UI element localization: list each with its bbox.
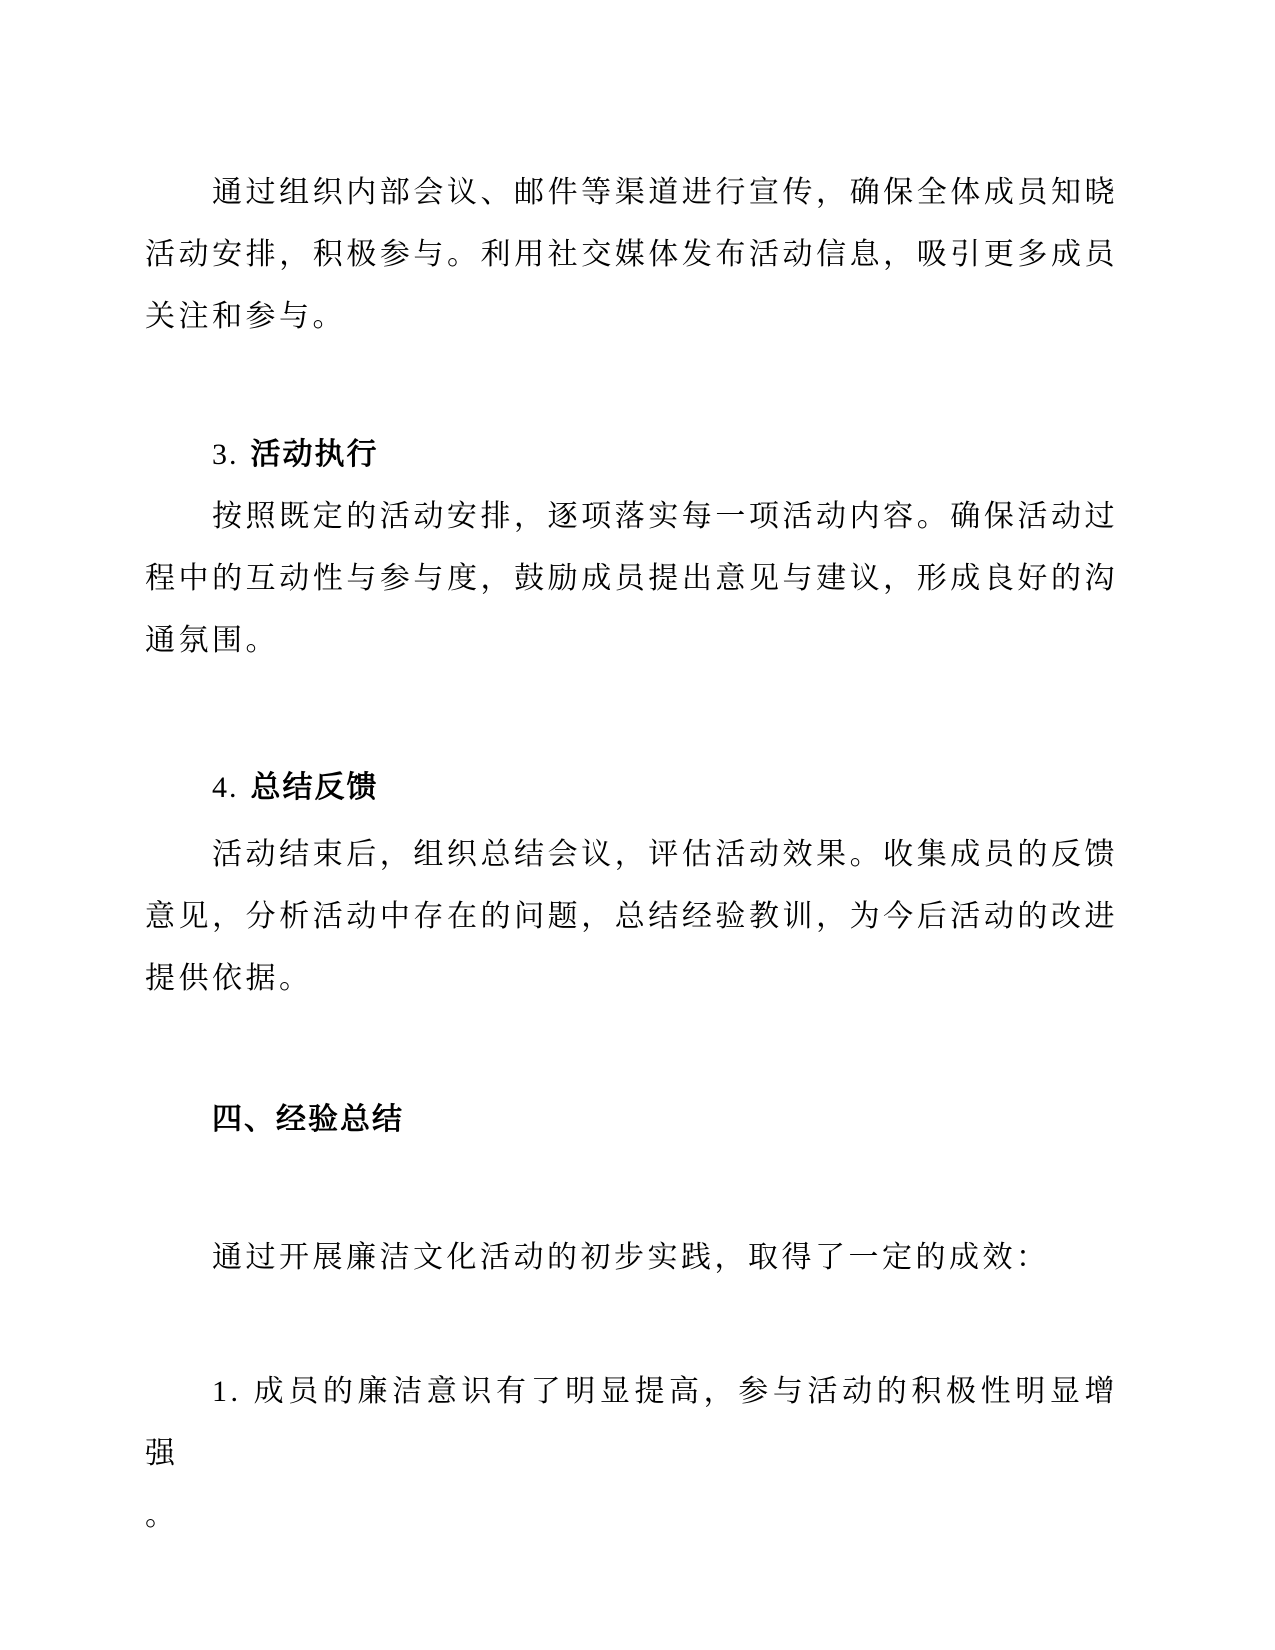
document-page: 通过组织内部会议、邮件等渠道进行宣传，确保全体成员知晓活动安排，积极参与。利用社…: [0, 0, 1275, 1650]
heading-number: 3.: [212, 438, 239, 471]
heading-number: 4.: [212, 771, 239, 804]
paragraph-line: 1. 成员的廉洁意识有了明显提高，参与活动的积极性明显增强: [145, 1361, 1118, 1485]
heading-text: 四、经验总结: [212, 1103, 404, 1136]
heading-activity-execution: 3.活动执行: [145, 424, 1118, 486]
heading-summary-feedback: 4.总结反馈: [145, 757, 1118, 819]
paragraph-line-orphan-period: 。: [145, 1485, 1118, 1547]
paragraph-achievement-item: 1. 成员的廉洁意识有了明显提高，参与活动的积极性明显增强 。: [145, 1361, 1118, 1547]
heading-experience-summary: 四、经验总结: [145, 1089, 1118, 1151]
paragraph-publicity: 通过组织内部会议、邮件等渠道进行宣传，确保全体成员知晓活动安排，积极参与。利用社…: [145, 162, 1118, 348]
heading-text: 活动执行: [251, 438, 379, 471]
paragraph-feedback-detail: 活动结束后，组织总结会议，评估活动效果。收集成员的反馈意见，分析活动中存在的问题…: [145, 824, 1118, 1010]
paragraph-achievements-intro: 通过开展廉洁文化活动的初步实践，取得了一定的成效：: [145, 1227, 1118, 1289]
paragraph-execution-detail: 按照既定的活动安排，逐项落实每一项活动内容。确保活动过程中的互动性与参与度，鼓励…: [145, 486, 1118, 672]
heading-text: 总结反馈: [251, 771, 379, 804]
